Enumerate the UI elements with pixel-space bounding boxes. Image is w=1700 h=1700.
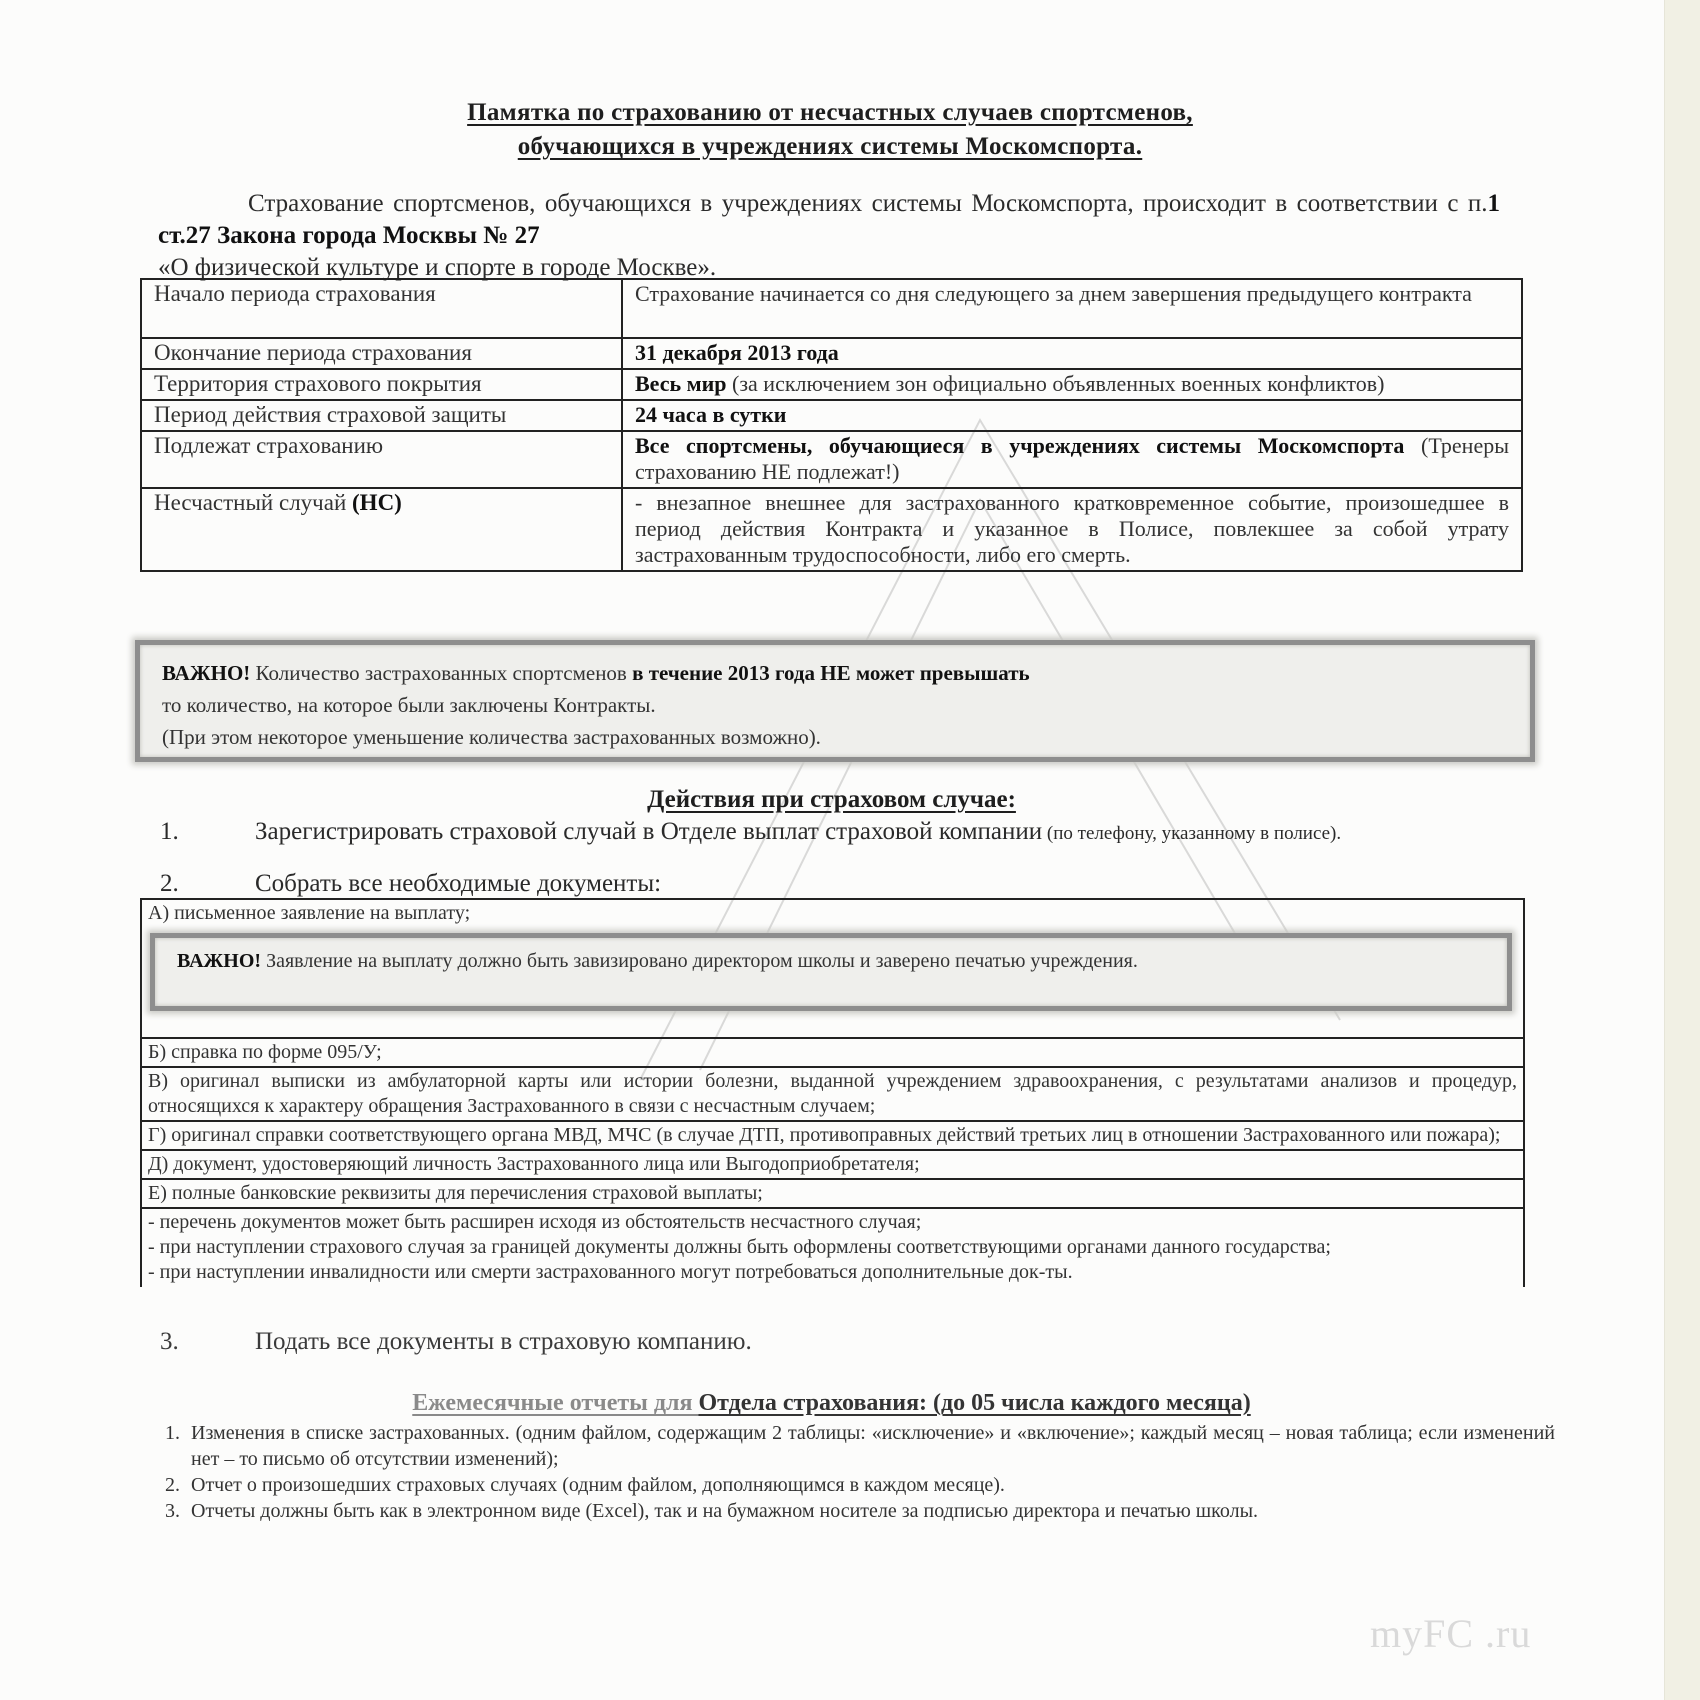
notice-bold: в течение 2013 года НЕ может превышать <box>632 661 1030 685</box>
intro-paragraph: Страхование спортсменов, обучающихся в у… <box>158 188 1500 284</box>
actions-heading-text: Действия при страховом случае: <box>647 786 1016 813</box>
row-value: Страхование начинается со дня следующего… <box>622 279 1522 338</box>
step-1: 1.Зарегистрировать страховой случай в От… <box>160 818 1460 848</box>
step-text: Подать все документы в страховую компани… <box>255 1328 752 1355</box>
row-label: Начало периода страхования <box>141 279 622 338</box>
value-text: Страхование начинается со дня следующего… <box>635 281 1472 306</box>
note: - перечень документов может быть расшире… <box>148 1210 1517 1235</box>
value-bold: 31 декабря 2013 года <box>635 340 839 365</box>
row-value: 31 декабря 2013 года <box>622 338 1522 369</box>
row-label: Подлежат страхованию <box>141 431 622 488</box>
row-value: Все спортсмены, обучающиеся в учреждения… <box>622 431 1522 488</box>
value-bold: Весь мир <box>635 371 727 396</box>
document-item: В) оригинал выписки из амбулаторной карт… <box>142 1068 1523 1122</box>
table-row: Подлежат страхованию Все спортсмены, обу… <box>141 431 1522 488</box>
step-text: Собрать все необходимые документы: <box>255 870 661 897</box>
table-row: Начало периода страхования Страхование н… <box>141 279 1522 338</box>
step-text: Зарегистрировать страховой случай в Отде… <box>255 818 1042 845</box>
step-note: (по телефону, указанному в полисе). <box>1042 823 1341 844</box>
site-watermark: myFC .ru <box>1370 1610 1531 1657</box>
list-item: Отчет о произошедших страховых случаях (… <box>185 1472 1555 1498</box>
document-item: А) письменное заявление на выплату; <box>142 900 1523 927</box>
reports-heading-main: Отдела страхования: (до 05 числа каждого… <box>698 1390 1250 1416</box>
document-item: Б) справка по форме 095/У; <box>142 1039 1523 1068</box>
required-documents-table: А) письменное заявление на выплату; ВАЖН… <box>140 898 1525 1287</box>
intro-text: Страхование спортсменов, обучающихся в у… <box>248 190 1488 217</box>
important-label: ВАЖНО! <box>177 950 261 972</box>
insurance-info-table: Начало периода страхования Страхование н… <box>140 278 1523 572</box>
row-value: - внезапное внешнее для застрахованного … <box>622 488 1522 571</box>
value-bold: Все спортсмены, обучающиеся в учреждения… <box>635 433 1404 458</box>
value-bold: 24 часа в сутки <box>635 402 786 427</box>
label-text: Несчастный случай <box>154 490 352 515</box>
important-notice-box: ВАЖНО! Количество застрахованных спортсм… <box>135 640 1535 762</box>
row-value: 24 часа в сутки <box>622 400 1522 431</box>
row-label: Несчастный случай (НС) <box>141 488 622 571</box>
note: - при наступлении страхового случая за г… <box>148 1235 1517 1260</box>
document-notes: - перечень документов может быть расшире… <box>142 1209 1523 1287</box>
list-item: Изменения в списке застрахованных. (одни… <box>185 1420 1555 1472</box>
list-item: Отчеты должны быть как в электронном вид… <box>185 1498 1555 1524</box>
step-2: 2.Собрать все необходимые документы: <box>160 870 661 898</box>
row-label: Окончание периода страхования <box>141 338 622 369</box>
notice-text: Количество застрахованных спортсменов <box>250 661 632 685</box>
document-item: Г) оригинал справки соответствующего орг… <box>142 1122 1523 1151</box>
reports-list: Изменения в списке застрахованных. (одни… <box>145 1420 1555 1524</box>
value-text: (за исключением зон официально объявленн… <box>727 371 1385 396</box>
notice-line-3: (При этом некоторое уменьшение количеств… <box>162 725 821 749</box>
table-row: Территория страхового покрытия Весь мир … <box>141 369 1522 400</box>
row-label: Территория страхового покрытия <box>141 369 622 400</box>
table-row: Несчастный случай (НС) - внезапное внешн… <box>141 488 1522 571</box>
reports-heading: Ежемесячные отчеты для Отдела страховани… <box>140 1390 1523 1417</box>
important-label: ВАЖНО! <box>162 661 250 685</box>
reports-heading-faded: Ежемесячные отчеты для <box>412 1390 698 1416</box>
label-bold: (НС) <box>352 490 402 515</box>
note: - при наступлении инвалидности или смерт… <box>148 1260 1517 1285</box>
document-item: Д) документ, удостоверяющий личность Зас… <box>142 1151 1523 1180</box>
value-text: - внезапное внешнее для застрахованного … <box>635 490 1509 567</box>
title-line-1: Памятка по страхованию от несчастных слу… <box>467 99 1193 126</box>
document-title: Памятка по страхованию от несчастных слу… <box>250 96 1410 164</box>
intro-law-title: «О физической культуре и спорте в городе… <box>158 254 716 281</box>
important-notice-box: ВАЖНО! Заявление на выплату должно быть … <box>150 933 1512 1011</box>
row-value: Весь мир (за исключением зон официально … <box>622 369 1522 400</box>
document-important-cell: ВАЖНО! Заявление на выплату должно быть … <box>142 927 1523 1039</box>
notice-text: Заявление на выплату должно быть завизир… <box>261 950 1138 972</box>
title-line-2: обучающихся в учреждениях системы Моском… <box>518 133 1143 160</box>
actions-heading: Действия при страховом случае: <box>140 786 1523 814</box>
step-number: 1. <box>160 818 255 846</box>
table-row: Окончание периода страхования 31 декабря… <box>141 338 1522 369</box>
step-3: 3.Подать все документы в страховую компа… <box>160 1328 752 1356</box>
row-label: Период действия страховой защиты <box>141 400 622 431</box>
step-number: 2. <box>160 870 255 898</box>
notice-line-2: то количество, на которое были заключены… <box>162 693 656 717</box>
document-page: Памятка по страхованию от несчастных слу… <box>0 0 1700 1700</box>
step-number: 3. <box>160 1328 255 1356</box>
document-item: Е) полные банковские реквизиты для переч… <box>142 1180 1523 1209</box>
table-row: Период действия страховой защиты 24 часа… <box>141 400 1522 431</box>
